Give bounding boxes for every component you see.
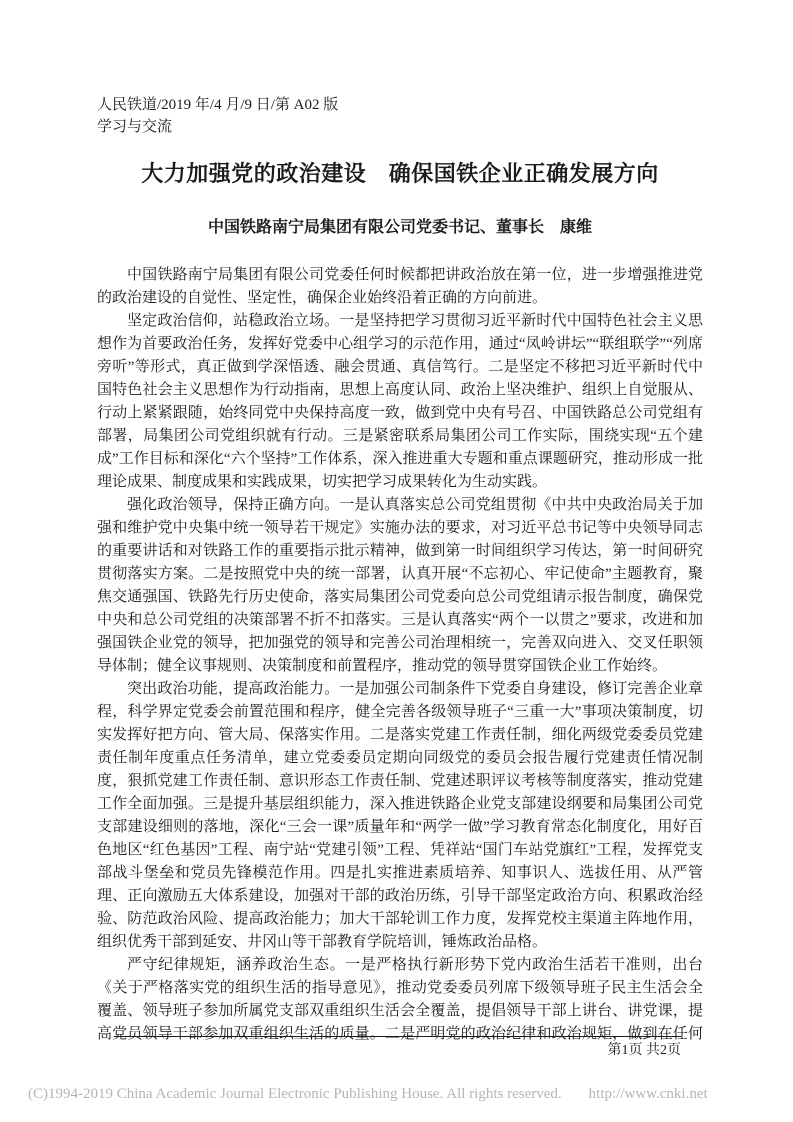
article-paragraph: 突出政治功能，提高政治能力。一是加强公司制条件下党委自身建设，修订完善企业章程，… bbox=[97, 678, 703, 954]
article-paragraph: 坚定政治信仰，站稳政治立场。一是坚持把学习贯彻习近平新时代中国特色社会主义思想作… bbox=[97, 310, 703, 494]
copyright-notice: (C)1994-2019 China Academic Journal Elec… bbox=[28, 1086, 562, 1102]
article-paragraph: 强化政治领导，保持正确方向。一是认真落实总公司党组贯彻《中共中央政治局关于加强和… bbox=[97, 494, 703, 678]
article-paragraph: 严守纪律规矩，涵养政治生态。一是严格执行新形势下党内政治生活若干准则，出台《关于… bbox=[97, 954, 703, 1042]
article-body: 中国铁路南宁局集团有限公司党委任何时候都把讲政治放在第一位，进一步增强推进党的政… bbox=[97, 264, 703, 1042]
document-page: 人民铁道/2019 年/4 月/9 日/第 A02 版 学习与交流 大力加强党的… bbox=[0, 0, 793, 1122]
journal-column-line: 学习与交流 bbox=[97, 116, 703, 138]
cnki-url: http://www.cnki.net bbox=[589, 1086, 708, 1102]
article-paragraph: 中国铁路南宁局集团有限公司党委任何时候都把讲政治放在第一位，进一步增强推进党的政… bbox=[97, 264, 703, 310]
page-indicator: 第1页 共2页 bbox=[608, 1042, 682, 1060]
footer-divider bbox=[114, 1036, 681, 1037]
article-byline: 中国铁路南宁局集团有限公司党委书记、董事长 康维 bbox=[97, 214, 703, 237]
copyright-bar: (C)1994-2019 China Academic Journal Elec… bbox=[28, 1084, 768, 1104]
page-content: 人民铁道/2019 年/4 月/9 日/第 A02 版 学习与交流 大力加强党的… bbox=[97, 94, 703, 1042]
article-title: 大力加强党的政治建设 确保国铁企业正确发展方向 bbox=[97, 159, 703, 189]
journal-source-line: 人民铁道/2019 年/4 月/9 日/第 A02 版 bbox=[97, 94, 703, 116]
